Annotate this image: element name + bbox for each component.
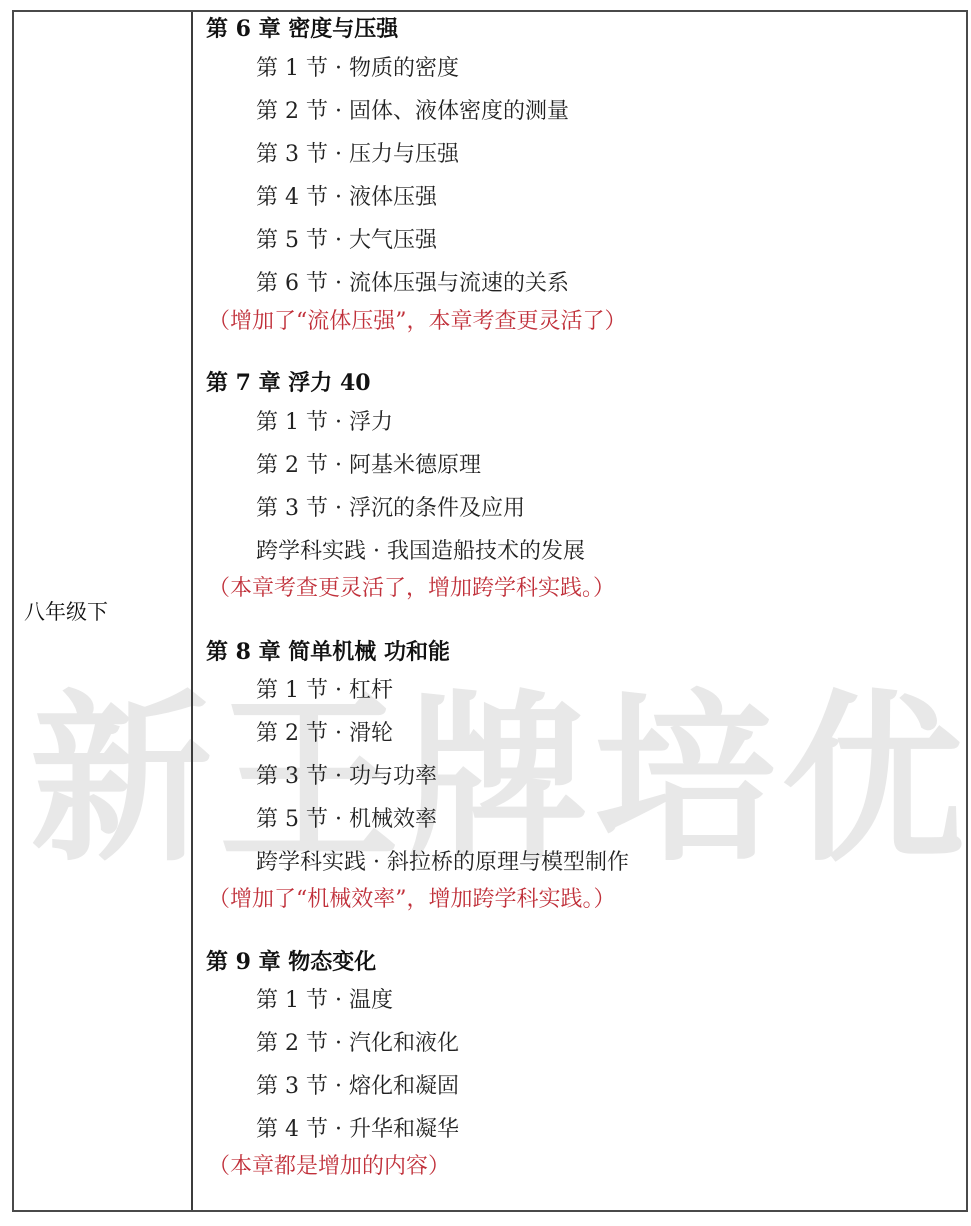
chapter-note: （本章考查更灵活了，增加跨学科实践。） [208, 574, 615, 604]
chapter-note: （增加了“流体压强”，本章考查更灵活了） [208, 307, 627, 337]
section-item: 第 2 节 · 汽化和液化 [256, 1029, 459, 1059]
section-item: 第 4 节 · 液体压强 [256, 183, 437, 213]
section-item: 第 6 节 · 流体压强与流速的关系 [256, 269, 569, 299]
section-item: 第 3 节 · 压力与压强 [256, 140, 459, 170]
section-item: 第 2 节 · 滑轮 [256, 719, 393, 749]
column-divider [191, 12, 193, 1210]
section-item: 跨学科实践 · 斜拉桥的原理与模型制作 [256, 848, 629, 878]
section-item: 跨学科实践 · 我国造船技术的发展 [256, 537, 585, 567]
section-item: 第 3 节 · 功与功率 [256, 762, 437, 792]
chapter-note: （增加了“机械效率”，增加跨学科实践。） [208, 885, 616, 915]
section-item: 第 3 节 · 浮沉的条件及应用 [256, 494, 525, 524]
section-item: 第 1 节 · 浮力 [256, 408, 393, 438]
section-item: 第 5 节 · 机械效率 [256, 805, 437, 835]
chapter-title: 第 9 章 物态变化 [206, 947, 376, 977]
chapter-note: （本章都是增加的内容） [208, 1152, 450, 1182]
section-item: 第 5 节 · 大气压强 [256, 226, 437, 256]
chapter-title: 第 8 章 简单机械 功和能 [206, 637, 450, 667]
curriculum-table: 八年级下 第 6 章 密度与压强 第 1 节 · 物质的密度 第 2 节 · 固… [12, 10, 968, 1212]
section-item: 第 1 节 · 杠杆 [256, 676, 393, 706]
section-item: 第 4 节 · 升华和凝华 [256, 1115, 459, 1145]
section-item: 第 2 节 · 固体、液体密度的测量 [256, 97, 569, 127]
section-item: 第 1 节 · 温度 [256, 986, 393, 1016]
section-item: 第 1 节 · 物质的密度 [256, 54, 459, 84]
section-item: 第 2 节 · 阿基米德原理 [256, 451, 481, 481]
chapter-title: 第 7 章 浮力 40 [206, 368, 371, 398]
chapter-title: 第 6 章 密度与压强 [206, 14, 398, 44]
section-item: 第 3 节 · 熔化和凝固 [256, 1072, 459, 1102]
grade-label: 八年级下 [24, 596, 108, 626]
